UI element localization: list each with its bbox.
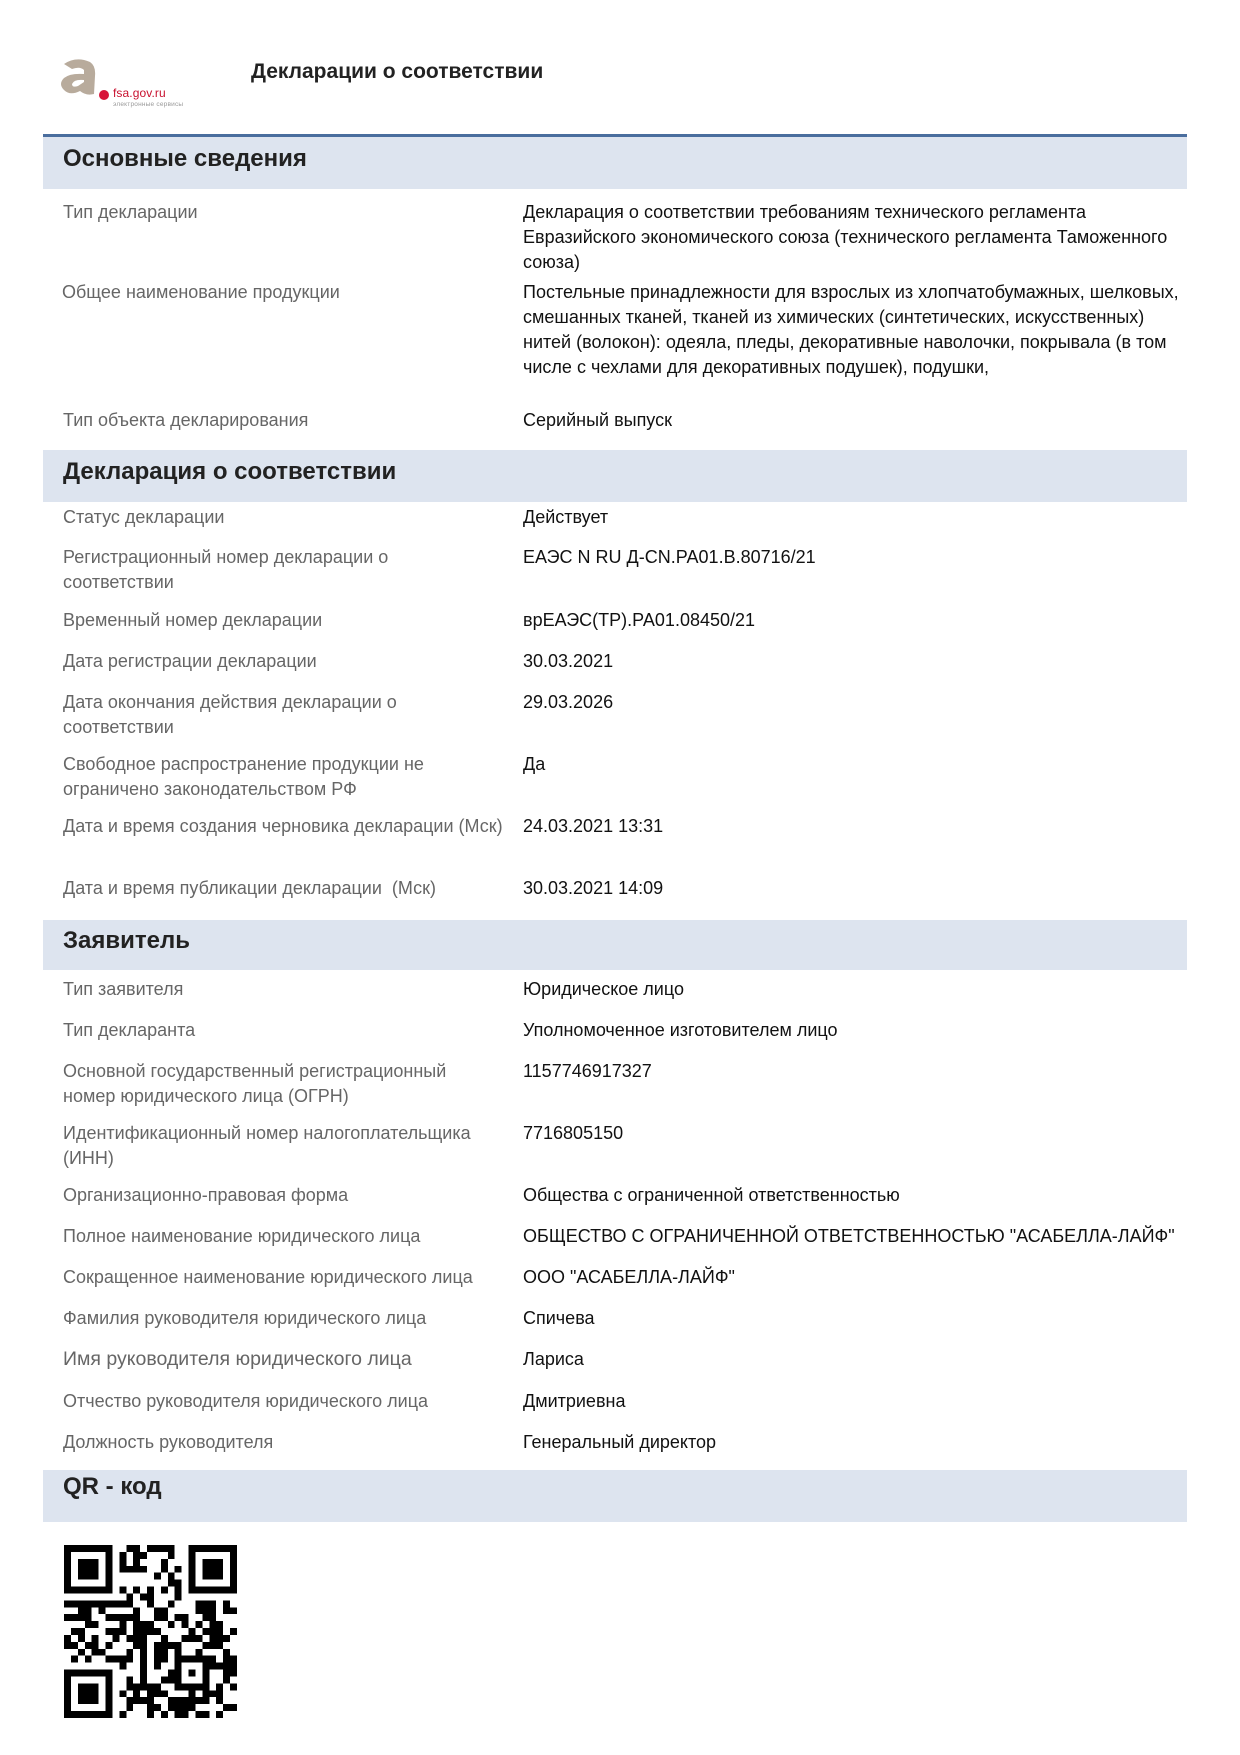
logo-subtitle: электронные сервисы: [113, 101, 183, 108]
field-value: ЕАЭС N RU Д-CN.РА01.В.80716/21: [523, 545, 1183, 570]
fsa-logo[interactable]: fsa.gov.ru электронные сервисы: [58, 58, 208, 114]
section-qr-code: QR - код: [43, 1470, 1187, 1522]
status-value: Действует: [523, 505, 1183, 530]
section-basic-info: Основные сведения: [43, 134, 1187, 189]
logo-dot: [99, 90, 109, 100]
document-title: Декларации о соответствии: [251, 60, 543, 84]
section-applicant: Заявитель: [43, 920, 1187, 970]
field-value: Общества с ограниченной ответственностью: [523, 1183, 1183, 1208]
field-label: Регистрационный номер декларации о соотв…: [63, 545, 443, 595]
field-label: Полное наименование юридического лица: [63, 1224, 508, 1249]
field-label: Тип объекта декларирования: [63, 408, 508, 433]
section-title: Декларация о соответствии: [63, 458, 396, 486]
field-label: Тип заявителя: [63, 977, 508, 1002]
section-declaration: Декларация о соответствии: [43, 450, 1187, 502]
field-value: Да: [523, 752, 1183, 777]
field-value: Спичева: [523, 1306, 1183, 1331]
field-label: Фамилия руководителя юридического лица: [63, 1306, 508, 1331]
field-label: Сокращенное наименование юридического ли…: [63, 1265, 508, 1290]
field-label: Дата окончания действия декларации о соо…: [63, 690, 443, 740]
field-value: Генеральный директор: [523, 1430, 1183, 1455]
field-value: Дмитриевна: [523, 1389, 1183, 1414]
section-title: Заявитель: [63, 927, 190, 955]
logo-site-text: fsa.gov.ru: [113, 86, 166, 100]
field-label: Имя руководителя юридического лица: [63, 1347, 508, 1372]
field-label: Общее наименование продукции: [62, 280, 507, 305]
field-value: 24.03.2021 13:31: [523, 814, 1183, 839]
field-value: ООО "АСАБЕЛЛА-ЛАЙФ": [523, 1265, 1183, 1290]
field-label: Тип декларации: [63, 200, 508, 225]
field-value: врЕАЭС(ТР).РА01.08450/21: [523, 608, 1183, 633]
field-label: Свободное распространение продукции не о…: [63, 752, 463, 802]
field-label: Статус декларации: [63, 505, 508, 530]
qr-code-icon: [64, 1545, 237, 1718]
field-label: Дата и время создания черновика декларац…: [63, 814, 503, 839]
field-label: Временный номер декларации: [63, 608, 508, 633]
section-title: QR - код: [63, 1473, 162, 1501]
field-value: 1157746917327: [523, 1059, 1183, 1084]
field-label: Отчество руководителя юридического лица: [63, 1389, 508, 1414]
field-label: Дата регистрации декларации: [63, 649, 508, 674]
field-value: 29.03.2026: [523, 690, 1183, 715]
field-value: 30.03.2021 14:09: [523, 876, 1183, 901]
field-value: 7716805150: [523, 1121, 1183, 1146]
field-label: Основной государственный регистрационный…: [63, 1059, 483, 1109]
field-value: Юридическое лицо: [523, 977, 1183, 1002]
field-value: Постельные принадлежности для взрослых и…: [523, 280, 1183, 380]
field-value: 30.03.2021: [523, 649, 1183, 674]
field-value: Серийный выпуск: [523, 408, 1183, 433]
page-header: fsa.gov.ru электронные сервисы Деклараци…: [0, 0, 1240, 130]
field-label: Организационно-правовая форма: [63, 1183, 508, 1208]
field-value: Декларация о соответствии требованиям те…: [523, 200, 1183, 275]
field-label: Дата и время публикации декларации (Мск): [63, 876, 508, 901]
field-label: Тип декларанта: [63, 1018, 508, 1043]
fsa-logo-icon: [58, 58, 100, 98]
field-value: ОБЩЕСТВО С ОГРАНИЧЕННОЙ ОТВЕТСТВЕННОСТЬЮ…: [523, 1224, 1183, 1249]
field-value: Лариса: [523, 1347, 1183, 1372]
field-value: Уполномоченное изготовителем лицо: [523, 1018, 1183, 1043]
section-title: Основные сведения: [63, 145, 307, 173]
field-label: Должность руководителя: [63, 1430, 508, 1455]
field-label: Идентификационный номер налогоплательщик…: [63, 1121, 508, 1171]
